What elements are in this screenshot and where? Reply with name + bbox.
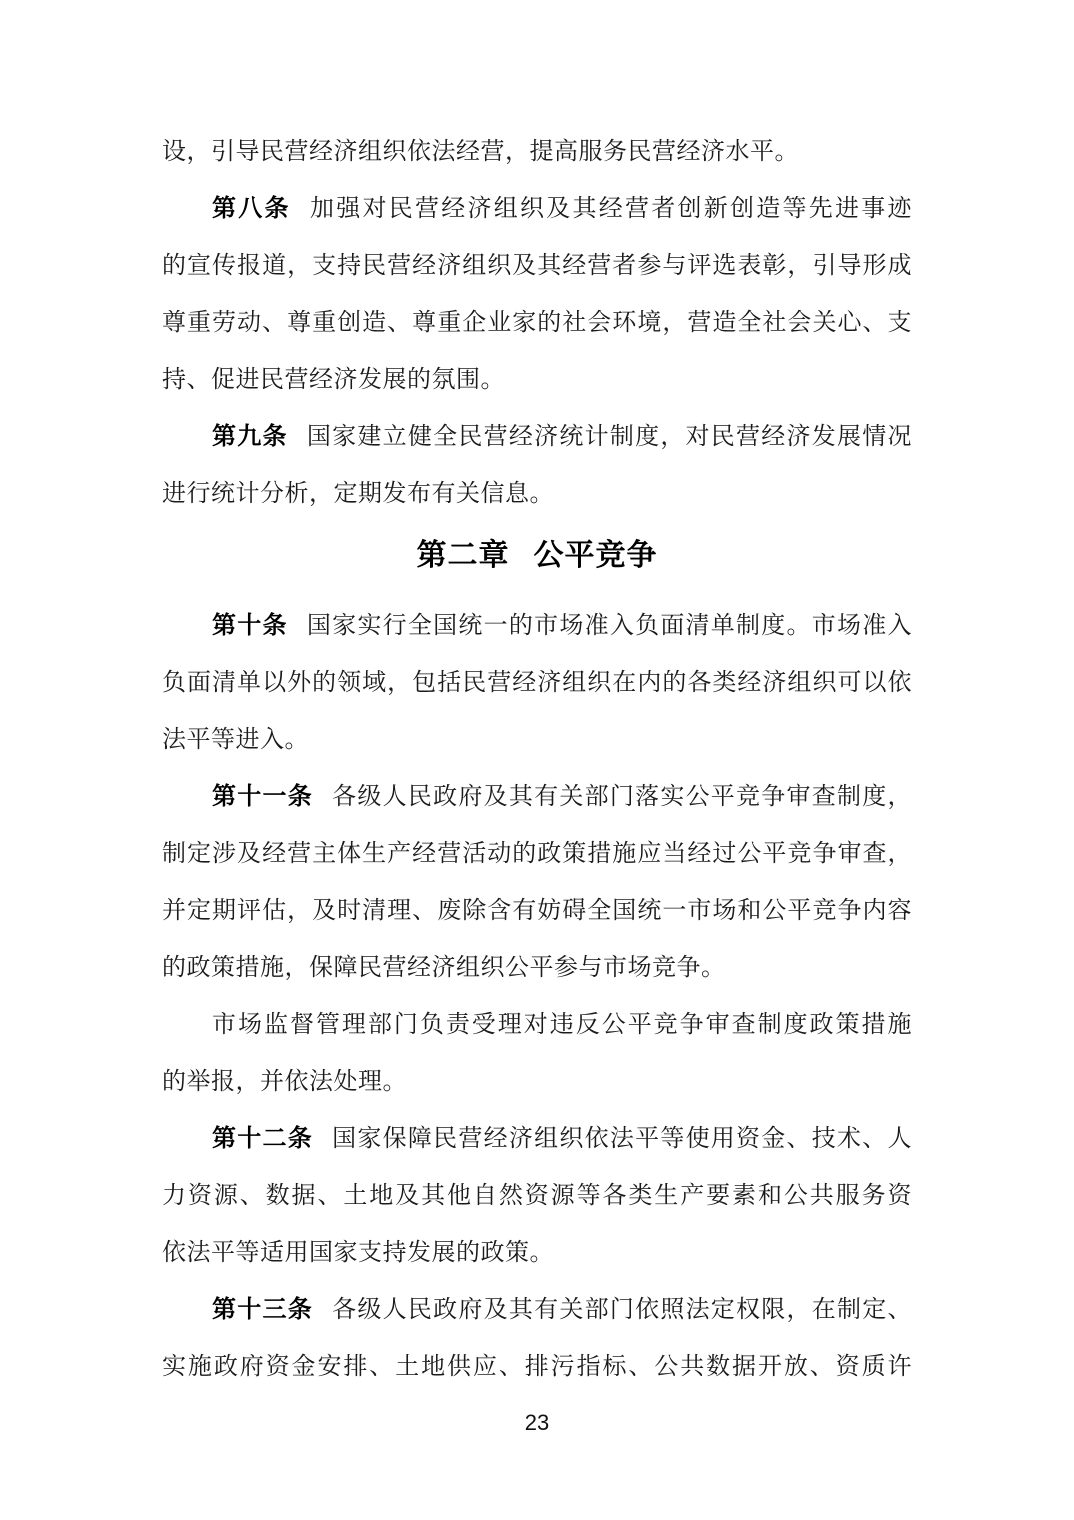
chapter-heading: 第二章公平竞争 [162,527,912,584]
document-body: 设，引导民营经济组织依法经营，提高服务民营经济水平。 第八条加强对民营经济组织及… [162,124,912,1396]
line-text: 的政策措施，保障民营经济组织公平参与市场竞争。 [162,955,726,981]
text-line: 法平等进入。 [162,712,912,769]
text-line: 依法平等适用国家支持发展的政策。 [162,1225,912,1282]
text-line: 第十三条各级人民政府及其有关部门依照法定权限，在制定、 [162,1282,912,1339]
line-text: 进行统计分析，定期发布有关信息。 [162,481,554,507]
chapter-label: 第二章 [417,539,510,572]
text-line: 进行统计分析，定期发布有关信息。 [162,466,912,523]
article-number: 第八条 [212,196,291,222]
article-number: 第十一条 [212,784,313,810]
line-text: 负面清单以外的领域，包括民营经济组织在内的各类经济组织可以依 [162,670,912,696]
line-text: 实施政府资金安排、土地供应、排污指标、公共数据开放、资质许可、 [162,1354,912,1396]
text-line: 尊重劳动、尊重创造、尊重企业家的社会环境，营造全社会关心、支 [162,295,912,352]
line-text: 的举报，并依法处理。 [162,1069,407,1095]
chapter-title: 公平竞争 [534,539,658,572]
line-text: 力资源、数据、土地及其他自然资源等各类生产要素和公共服务资源， [162,1183,912,1225]
text-line: 第十一条各级人民政府及其有关部门落实公平竞争审查制度， [162,769,912,826]
text-line: 制定涉及经营主体生产经营活动的政策措施应当经过公平竞争审查， [162,826,912,883]
text-line: 力资源、数据、土地及其他自然资源等各类生产要素和公共服务资源， [162,1168,912,1225]
text-line: 第十二条国家保障民营经济组织依法平等使用资金、技术、人 [162,1111,912,1168]
line-text: 国家保障民营经济组织依法平等使用资金、技术、人 [332,1126,912,1152]
line-text: 持、促进民营经济发展的氛围。 [162,367,505,393]
line-text: 并定期评估，及时清理、废除含有妨碍全国统一市场和公平竞争内容 [162,898,912,924]
line-text: 法平等进入。 [162,727,309,753]
text-line: 实施政府资金安排、土地供应、排污指标、公共数据开放、资质许可、 [162,1339,912,1396]
line-text: 国家实行全国统一的市场准入负面清单制度。市场准入 [307,613,912,639]
article-number: 第十条 [212,613,288,639]
line-text: 各级人民政府及其有关部门落实公平竞争审查制度， [332,784,912,810]
line-text: 市场监督管理部门负责受理对违反公平竞争审查制度政策措施 [212,1012,912,1038]
text-line: 的举报，并依法处理。 [162,1054,912,1111]
text-line: 设，引导民营经济组织依法经营，提高服务民营经济水平。 [162,124,912,181]
line-text: 各级人民政府及其有关部门依照法定权限，在制定、 [332,1297,912,1323]
text-line: 的宣传报道，支持民营经济组织及其经营者参与评选表彰，引导形成 [162,238,912,295]
line-text: 尊重劳动、尊重创造、尊重企业家的社会环境，营造全社会关心、支 [162,310,912,336]
text-line: 的政策措施，保障民营经济组织公平参与市场竞争。 [162,940,912,997]
text-line: 持、促进民营经济发展的氛围。 [162,352,912,409]
page-number: 23 [525,1410,549,1435]
line-text: 的宣传报道，支持民营经济组织及其经营者参与评选表彰，引导形成 [162,253,912,279]
article-number: 第十二条 [212,1126,313,1152]
text-line: 第九条国家建立健全民营经济统计制度，对民营经济发展情况 [162,409,912,466]
text-line: 第十条国家实行全国统一的市场准入负面清单制度。市场准入 [162,598,912,655]
document-page: 设，引导民营经济组织依法经营，提高服务民营经济水平。 第八条加强对民营经济组织及… [0,0,1074,1520]
line-text: 加强对民营经济组织及其经营者创新创造等先进事迹 [310,196,912,222]
page-footer: 23 [0,1410,1074,1436]
line-text: 国家建立健全民营经济统计制度，对民营经济发展情况 [307,424,912,450]
article-number: 第九条 [212,424,288,450]
line-text: 设，引导民营经济组织依法经营，提高服务民营经济水平。 [162,139,799,165]
line-text: 制定涉及经营主体生产经营活动的政策措施应当经过公平竞争审查， [162,841,912,867]
text-line: 并定期评估，及时清理、废除含有妨碍全国统一市场和公平竞争内容 [162,883,912,940]
article-number: 第十三条 [212,1297,313,1323]
text-line: 市场监督管理部门负责受理对违反公平竞争审查制度政策措施 [162,997,912,1054]
line-text: 依法平等适用国家支持发展的政策。 [162,1240,554,1266]
text-line: 第八条加强对民营经济组织及其经营者创新创造等先进事迹 [162,181,912,238]
text-line: 负面清单以外的领域，包括民营经济组织在内的各类经济组织可以依 [162,655,912,712]
